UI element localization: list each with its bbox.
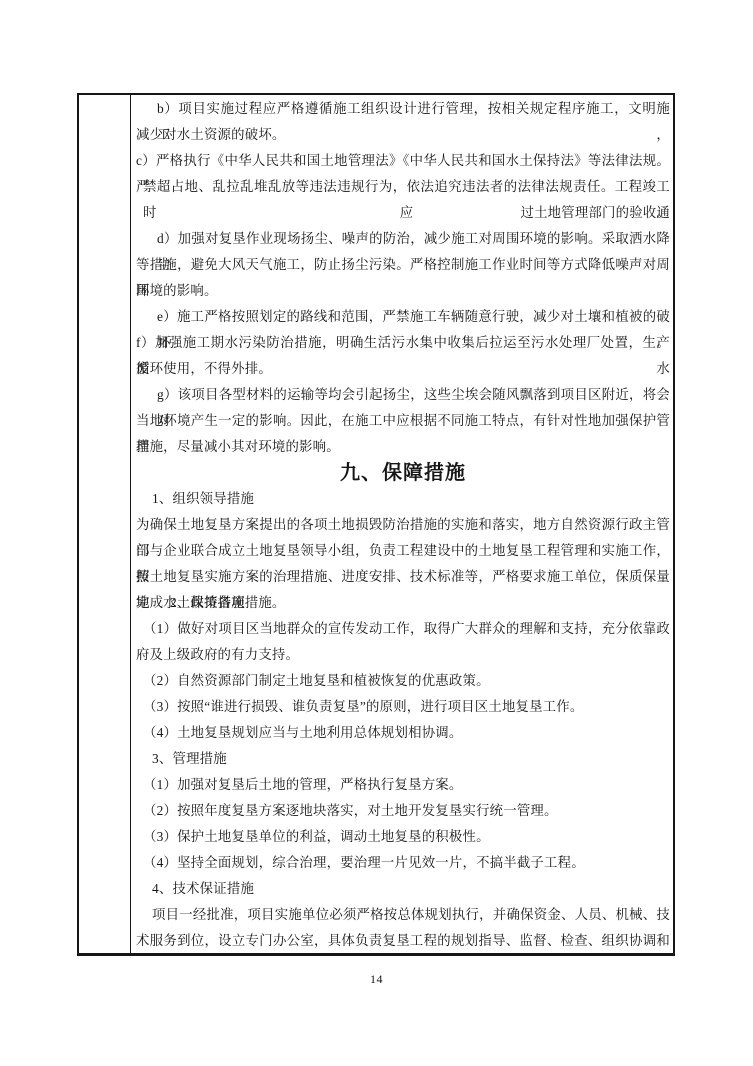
body-line: （2）自然资源部门制定土地复垦和植被恢复的优惠政策。 [136, 668, 670, 694]
body-line: 门与企业联合成立土地复垦领导小组，负责工程建设中的土地复垦工程管理和实施工作，按 [136, 538, 670, 564]
body-line: （1）做好对项目区当地群众的宣传发动工作，取得广大群众的理解和支持，充分依靠政 [136, 616, 670, 642]
body-line: 减少对水土资源的破坏。 [136, 122, 670, 148]
table-left-cell [79, 95, 131, 953]
page-number: 14 [0, 972, 753, 987]
body-line: d）加强对复垦作业现场扬尘、噪声的防治，减少施工对周围环境的影响。采取洒水降尘 [136, 226, 670, 252]
body-line: 项目一经批准，项目实施单位必须严格按总体规划执行，并确保资金、人员、机械、技 [136, 902, 670, 928]
body-line: （3）按照“谁进行损毁、谁负责复垦”的原则，进行项目区土地复垦工作。 [136, 694, 670, 720]
body-line: 等措施，避免大风天气施工，防止扬尘污染。严格控制施工作业时间等方式降低噪声对周围 [136, 252, 670, 278]
overprinted-text: 2、政策措施 [170, 590, 245, 616]
document-page: b）项目实施过程应严格遵循施工组织设计进行管理，按相关规定程序施工，文明施工， … [0, 0, 753, 1066]
body-line: （4）坚持全面规划，综合治理，要治理一片见效一片，不搞半截子工程。 [136, 850, 670, 876]
section-heading: 九、保障措施 [136, 460, 670, 486]
body-line: 府及上级政府的有力支持。 [136, 642, 670, 668]
body-line: 照土地复垦实施方案的治理措施、进度安排、技术标准等，严格要求施工单位，保质保量地 [136, 564, 670, 590]
list-heading-line: 1、组织领导措施 [136, 486, 670, 512]
body-line: e）施工严格按照划定的路线和范围，严禁施工车辆随意行驶，减少对土壤和植被的破坏。 [136, 304, 670, 330]
body-line: （2）按照年度复垦方案逐地块落实，对土地开发复垦实行统一管理。 [136, 798, 670, 824]
body-line: 术服务到位，设立专门办公室，具体负责复垦工程的规划指导、监督、检查、组织协调和工 [136, 928, 670, 953]
body-line: c）严格执行《中华人民共和国土地管理法》《中华人民共和国水土保持法》等法律法规。… [136, 148, 670, 174]
content-table: b）项目实施过程应严格遵循施工组织设计进行管理，按相关规定程序施工，文明施工， … [77, 93, 675, 956]
body-line: b）项目实施过程应严格遵循施工组织设计进行管理，按相关规定程序施工，文明施工， [136, 96, 670, 122]
list-heading-line: 4、技术保证措施 [136, 876, 670, 902]
list-heading-line: 3、管理措施 [136, 746, 670, 772]
body-line: （3）保护土地复垦单位的利益，调动土地复垦的积极性。 [136, 824, 670, 850]
body-line: 为确保土地复垦方案提出的各项土地损毁防治措施的实施和落实，地方自然资源行政主管部 [136, 512, 670, 538]
body-line: 环境的影响。 [136, 278, 670, 304]
body-line: 措施，尽量减小其对环境的影响。 [136, 434, 670, 460]
body-line: （4）土地复垦规划应当与土地利用总体规划相协调。 [136, 720, 670, 746]
body-line: f）加强施工期水污染防治措施，明确生活污水集中收集后拉运至污水处理厂处置，生产废… [136, 330, 670, 356]
overlapped-line: 完成水土保持各项措施。 2、政策措施 [136, 590, 670, 616]
body-line: 当地环境产生一定的影响。因此，在施工中应根据不同施工特点，有针对性地加强保护管理 [136, 408, 670, 434]
table-body-cell: b）项目实施过程应严格遵循施工组织设计进行管理，按相关规定程序施工，文明施工， … [131, 95, 673, 953]
body-line: 过土地管理部门的验收。 [136, 200, 670, 226]
body-line: （1）加强对复垦后土地的管理，严格执行复垦方案。 [136, 772, 670, 798]
body-line: g）该项目各型材料的运输等均会引起扬尘，这些尘埃会随风飘落到项目区附近，将会对 [136, 382, 670, 408]
body-line: 循环使用，不得外排。 [136, 356, 670, 382]
body-line: 禁超占地、乱拉乱堆乱放等违法违规行为，依法追究违法者的法律法规责任。工程竣工时应… [136, 174, 670, 200]
